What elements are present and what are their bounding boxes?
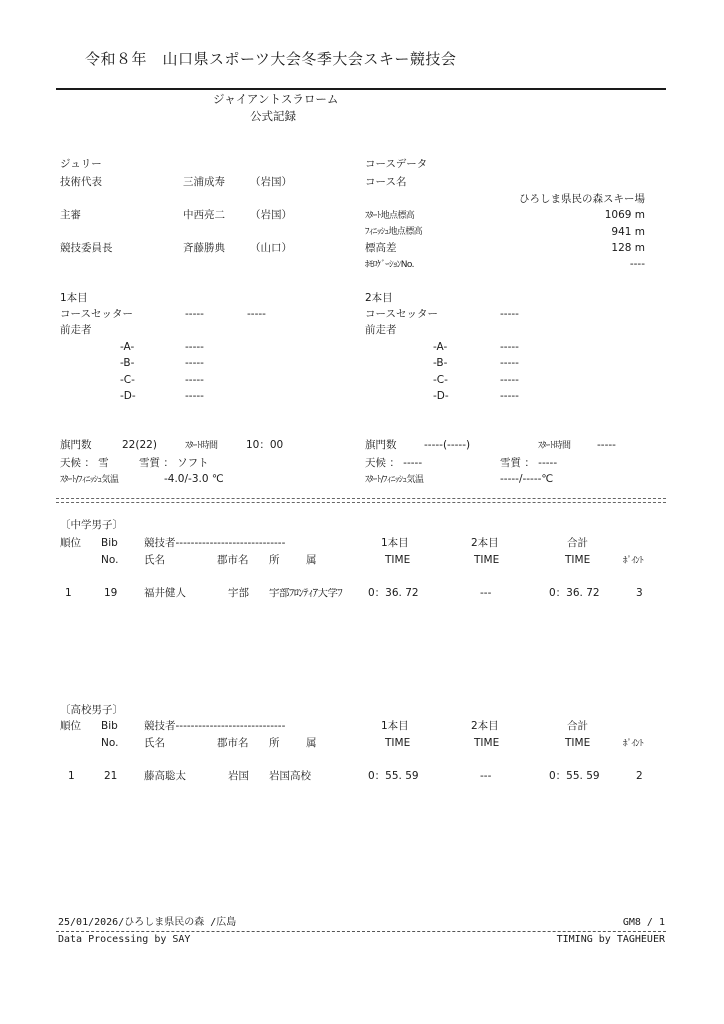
header-run1: 1本目 [381, 721, 409, 732]
jury-name: 斉藤勝典 [183, 243, 225, 254]
forerunner-label: -B- [433, 358, 447, 369]
header-rank: 順位 [60, 721, 81, 732]
result-total-time: 0：36. 72 [549, 588, 600, 599]
header-bib-no: No. [101, 738, 118, 749]
run2-snow: 雪質 ： ----- [500, 458, 557, 469]
forerunner-value: ----- [500, 342, 519, 353]
forerunner-label: -D- [433, 391, 449, 402]
start-altitude-label: ｽﾀｰﾄ地点標高 [365, 212, 414, 221]
header-city: 郡市名 [217, 738, 249, 749]
result-affiliation: 岩国高校 [269, 771, 311, 782]
category-title: 〔中学男子〕 [60, 520, 123, 531]
header-total-time: TIME [565, 555, 590, 566]
jury-name: 三浦成寿 [183, 177, 225, 188]
result-run1-time: 0：36. 72 [368, 588, 419, 599]
run1-setter-value: ----- [185, 309, 204, 320]
run2-temp-label: ｽﾀｰﾄ/ﾌｨﾆｯｼｭ気温 [365, 476, 423, 485]
run2-temp: -----/-----℃ [500, 474, 553, 485]
result-run1-time: 0：55. 59 [368, 771, 419, 782]
header-run1-time: TIME [385, 555, 410, 566]
finish-altitude: 941 m [611, 227, 645, 238]
footer-date-place: 25/01/2026/ひろしま県民の森 /広島 [58, 918, 236, 928]
footer-rule [56, 931, 666, 932]
forerunner-value: ----- [500, 358, 519, 369]
run2-weather: 天候 ： ----- [365, 458, 422, 469]
header-points: ﾎﾟｲﾝﾄ [623, 557, 643, 566]
jury-name: 中西亮二 [183, 210, 225, 221]
run2-gates-label: 旗門数 [365, 440, 397, 451]
forerunner-label: -A- [433, 342, 447, 353]
header-run2: 2本目 [471, 721, 499, 732]
result-points: 3 [636, 588, 643, 599]
course-data-heading: コースデータ [365, 159, 427, 170]
finish-altitude-label: ﾌｨﾆｯｼｭ地点標高 [365, 228, 422, 237]
header-bib: Bib [101, 721, 118, 732]
header-city: 郡市名 [217, 555, 249, 566]
vertical-drop-label: 標高差 [365, 243, 397, 254]
forerunner-value: ----- [185, 342, 204, 353]
run2-forerunners-label: 前走者 [365, 325, 397, 336]
header-run2: 2本目 [471, 538, 499, 549]
category-title: 〔高校男子〕 [60, 705, 123, 716]
result-rank: 1 [68, 771, 75, 782]
result-affiliation: 宇部ﾌﾛﾝﾃｨｱ大学ﾌ [269, 588, 365, 599]
course-name-label: コース名 [365, 177, 406, 188]
footer-timing: TIMING by TAGHEUER [557, 935, 665, 945]
jury-role: 主審 [60, 210, 81, 221]
header-name: 氏名 [144, 738, 165, 749]
result-bib: 19 [104, 588, 117, 599]
event-name: ジャイアントスラローム [213, 94, 338, 106]
document-title: 令和８年 山口県スポーツ大会冬季大会スキー競技会 [85, 52, 456, 67]
document-subtitle: 公式記録 [250, 111, 296, 123]
header-total: 合計 [567, 721, 588, 732]
jury-region: （山口） [250, 243, 292, 254]
footer-page-number: GM8 / 1 [623, 918, 665, 928]
run1-setter-label: コースセッター [60, 309, 133, 320]
run2-start-time: ----- [597, 440, 616, 451]
header-name: 氏名 [144, 555, 165, 566]
jury-role: 技術代表 [60, 177, 102, 188]
run2-setter-value: ----- [500, 309, 519, 320]
forerunner-label: -A- [120, 342, 134, 353]
header-affiliation-2: 属 [306, 738, 317, 749]
course-name: ひろしま県民の森スキー場 [519, 194, 645, 205]
header-run1: 1本目 [381, 538, 409, 549]
header-run2-time: TIME [474, 738, 499, 749]
jury-role: 競技委員長 [60, 243, 113, 254]
header-run1-time: TIME [385, 738, 410, 749]
forerunner-value: ----- [185, 375, 204, 386]
title-rule [56, 88, 666, 90]
result-rank: 1 [65, 588, 72, 599]
run1-start-time-label: ｽﾀｰﾄ時間 [185, 442, 217, 451]
run1-start-time: 10：00 [246, 440, 283, 451]
run1-gates-label: 旗門数 [60, 440, 92, 451]
result-bib: 21 [104, 771, 117, 782]
run1-temp-label: ｽﾀｰﾄ/ﾌｨﾆｯｼｭ気温 [60, 476, 118, 485]
run1-gates: 22(22) [122, 440, 157, 451]
result-name: 藤高聡太 [144, 771, 186, 782]
run2-gates: -----(-----) [424, 440, 470, 451]
run1-weather: 天候 ： 雪 [60, 458, 109, 469]
jury-heading: ジュリー [60, 159, 102, 170]
run2-heading: 2本目 [365, 293, 393, 304]
forerunner-label: -C- [120, 375, 135, 386]
forerunner-value: ----- [500, 375, 519, 386]
run1-setter-value: ----- [247, 309, 266, 320]
jury-region: （岩国） [250, 210, 292, 221]
run2-start-time-label: ｽﾀｰﾄ時間 [538, 442, 570, 451]
run1-temp: -4.0/-3.0 ℃ [164, 474, 224, 485]
result-city: 岩国 [228, 771, 249, 782]
forerunner-label: -C- [433, 375, 448, 386]
header-bib: Bib [101, 538, 118, 549]
header-affiliation-2: 属 [306, 555, 317, 566]
result-name: 福井健人 [144, 588, 186, 599]
result-points: 2 [636, 771, 643, 782]
section-divider [56, 498, 666, 503]
forerunner-label: -B- [120, 358, 134, 369]
homologation-number: ---- [630, 259, 645, 270]
result-run2-time: --- [480, 588, 491, 599]
homologation-label: ﾎﾓﾛｹﾞｰｼｮﾝNo. [365, 261, 414, 270]
start-altitude: 1069 m [605, 210, 645, 221]
run1-heading: 1本目 [60, 293, 88, 304]
forerunner-value: ----- [500, 391, 519, 402]
header-run2-time: TIME [474, 555, 499, 566]
header-bib-no: No. [101, 555, 118, 566]
header-affiliation-1: 所 [269, 738, 280, 749]
header-total-time: TIME [565, 738, 590, 749]
forerunner-value: ----- [185, 358, 204, 369]
header-points: ﾎﾟｲﾝﾄ [623, 740, 643, 749]
result-run2-time: --- [480, 771, 491, 782]
vertical-drop: 128 m [611, 243, 645, 254]
header-competitor: 競技者----------------------------- [144, 538, 285, 549]
header-competitor: 競技者----------------------------- [144, 721, 285, 732]
result-city: 宇部 [228, 588, 249, 599]
forerunner-label: -D- [120, 391, 136, 402]
run2-setter-label: コースセッター [365, 309, 438, 320]
footer-data-processing: Data Processing by SAY [58, 935, 190, 945]
header-affiliation-1: 所 [269, 555, 280, 566]
result-total-time: 0：55. 59 [549, 771, 600, 782]
forerunner-value: ----- [185, 391, 204, 402]
header-total: 合計 [567, 538, 588, 549]
run1-forerunners-label: 前走者 [60, 325, 92, 336]
header-rank: 順位 [60, 538, 81, 549]
jury-region: （岩国） [250, 177, 292, 188]
run1-snow: 雪質 ： ソフト [139, 458, 209, 469]
